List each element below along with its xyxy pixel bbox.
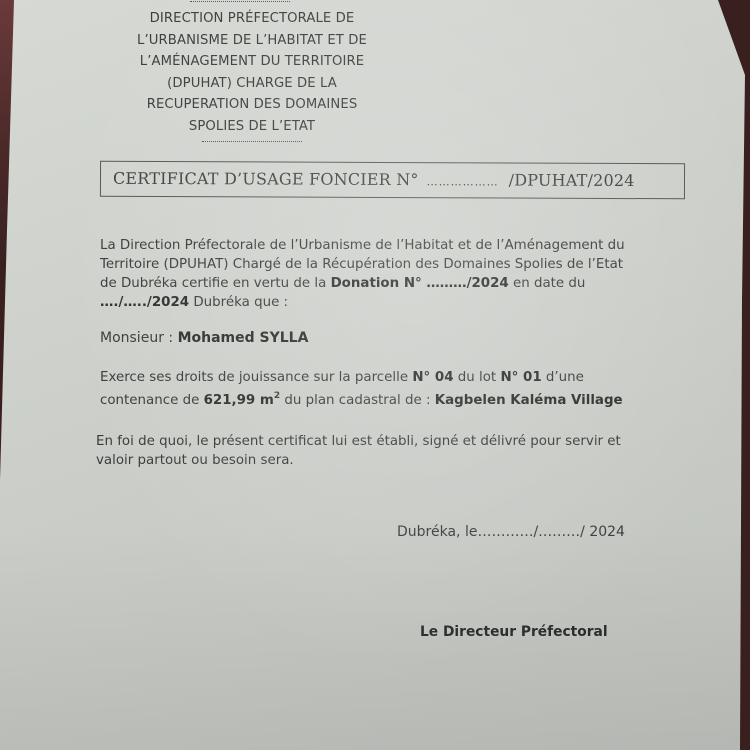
intro-line: La Direction Préfectorale de l’Urbanisme… <box>100 236 625 255</box>
parcel-area: 621,99 m <box>204 393 274 408</box>
signatory-title: Le Directeur Préfectoral <box>420 624 608 640</box>
issuing-authority-header: DIRECTION PRÉFECTORALE DE L’URBANISME DE… <box>112 8 392 142</box>
certificate-title: CERTIFICAT D’USAGE FONCIER N° <box>113 169 419 189</box>
intro-line: Territoire (DPUHAT) Chargé de la Récupér… <box>100 255 625 274</box>
certificate-title-box: CERTIFICAT D’USAGE FONCIER N°………………/DPUH… <box>100 161 685 200</box>
certificate-number-blank: ……………… <box>427 175 499 188</box>
parcel-number: N° 04 <box>412 370 453 385</box>
header-line: RECUPERATION DES DOMAINES <box>112 94 392 116</box>
closing-paragraph: En foi de quoi, le présent certificat lu… <box>96 432 621 470</box>
certificate-number-suffix: /DPUHAT/2024 <box>509 171 635 191</box>
header-line: (DPUHAT) CHARGE DE LA <box>112 73 392 95</box>
header-bottom-rule <box>202 141 302 142</box>
rights-paragraph: Exerce ses droits de jouissance sur la p… <box>100 368 623 410</box>
place-and-date: Dubréka, le…………/………/ 2024 <box>397 524 625 540</box>
intro-paragraph: La Direction Préfectorale de l’Urbanisme… <box>100 236 625 312</box>
header-top-rule <box>190 1 290 2</box>
header-line: SPOLIES DE L’ETAT <box>112 116 392 138</box>
beneficiary-label: Monsieur : <box>100 330 178 346</box>
donation-date: …./…../2024 <box>100 295 189 310</box>
donation-number: Donation N° ………/2024 <box>331 276 509 291</box>
beneficiary-name: Mohamed SYLLA <box>178 330 309 346</box>
parcel-location: Kagbelen Kaléma Village <box>435 393 623 408</box>
header-line: L’AMÉNAGEMENT DU TERRITOIRE <box>112 51 392 73</box>
beneficiary-line: Monsieur : Mohamed SYLLA <box>100 329 308 348</box>
document-page: DIRECTION PRÉFECTORALE DE L’URBANISME DE… <box>0 0 750 750</box>
lot-number: N° 01 <box>500 370 541 385</box>
intro-line: de Dubréka certifie en vertu de la Donat… <box>100 274 625 293</box>
header-line: L’URBANISME DE L’HABITAT ET DE <box>112 30 392 52</box>
header-line: DIRECTION PRÉFECTORALE DE <box>112 8 392 30</box>
intro-line: …./…../2024 Dubréka que : <box>100 293 625 312</box>
